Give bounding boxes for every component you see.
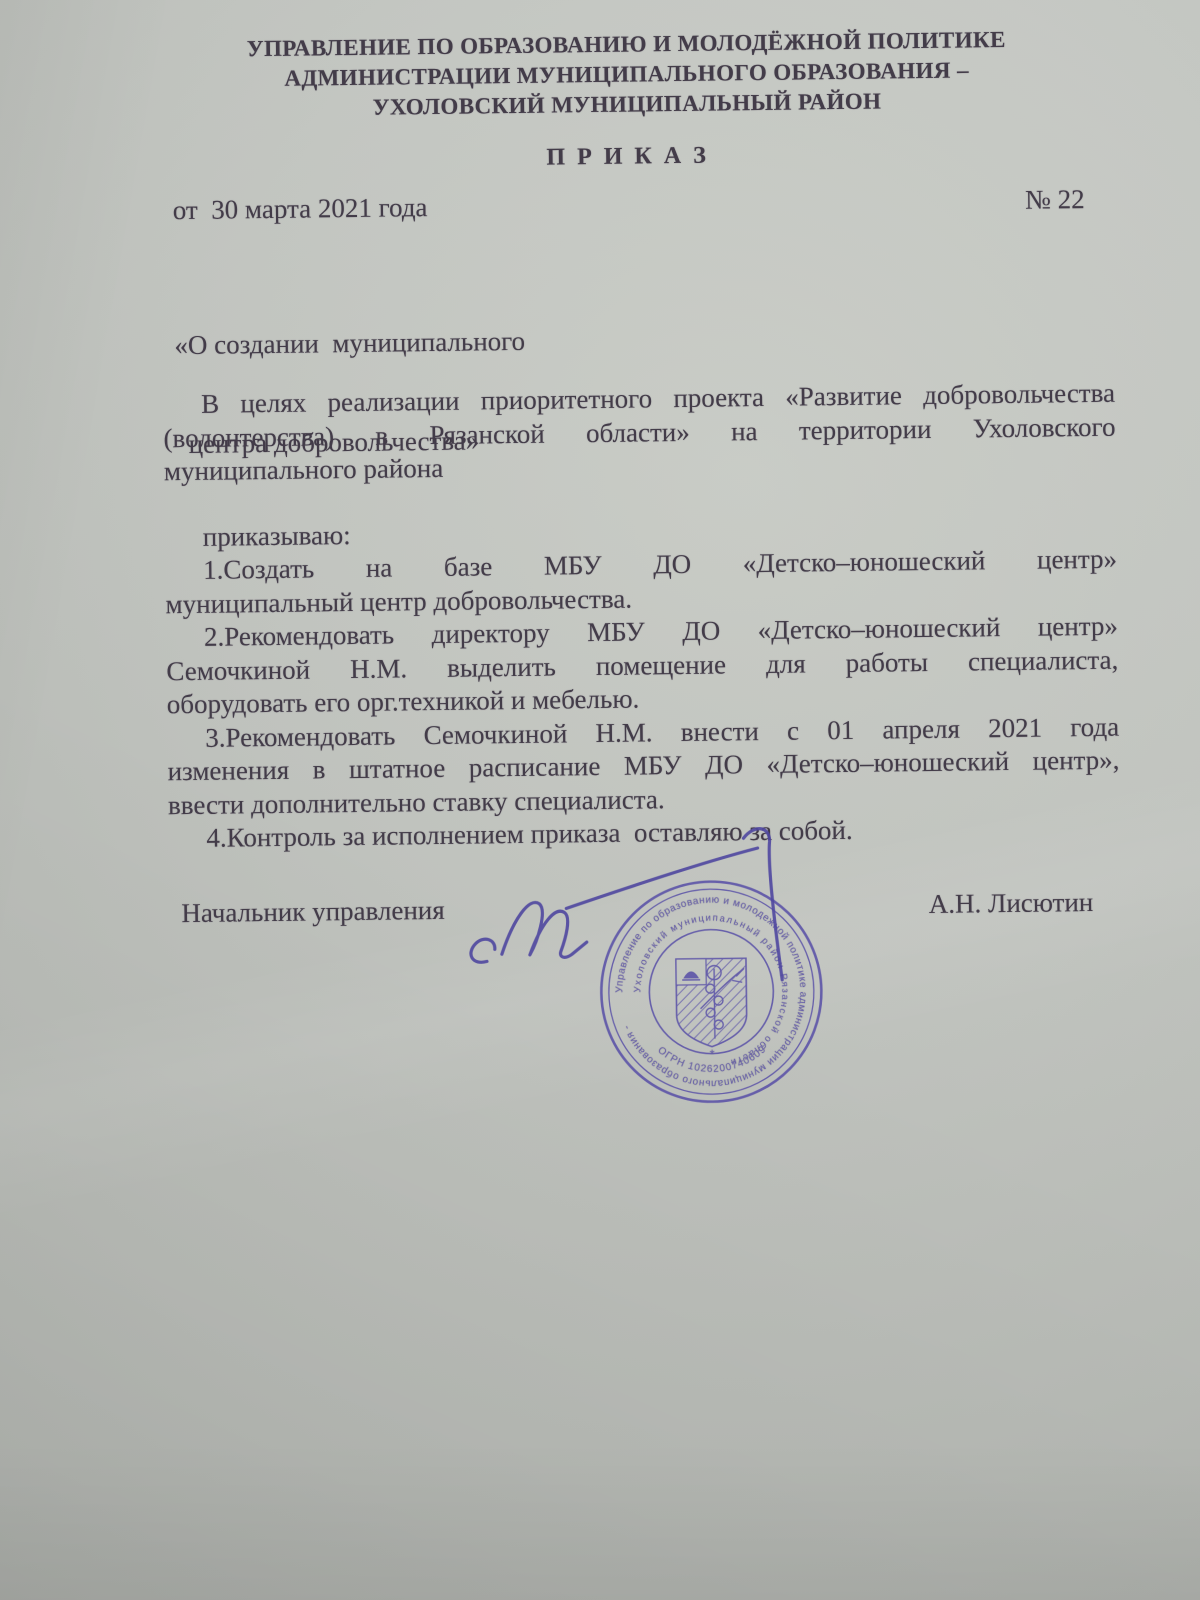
date-row: от 30 марта 2021 года № 22 [173, 184, 1085, 226]
subject-line-1: «О создании муниципального [174, 325, 525, 362]
document-header: УПРАВЛЕНИЕ ПО ОБРАЗОВАНИЮ И МОЛОДЁЖНОЙ П… [159, 24, 1095, 125]
stamp-separator-star: * [709, 1047, 714, 1062]
document-title: П Р И К А З [160, 138, 1095, 176]
photo-background: УПРАВЛЕНИЕ ПО ОБРАЗОВАНИЮ И МОЛОДЁЖНОЙ П… [0, 0, 1200, 1600]
signature-ink [460, 815, 832, 1010]
signatory-name: А.Н. Лисютин [929, 887, 1094, 920]
order-body: Вцеляхреализацииприоритетногопроекта«Раз… [163, 377, 1121, 856]
document-page: УПРАВЛЕНИЕ ПО ОБРАЗОВАНИЮ И МОЛОДЁЖНОЙ П… [0, 0, 1200, 1600]
order-number: № 22 [1025, 184, 1085, 216]
order-date: от 30 марта 2021 года [173, 192, 428, 226]
signatory-position: Начальник управления [181, 895, 445, 929]
